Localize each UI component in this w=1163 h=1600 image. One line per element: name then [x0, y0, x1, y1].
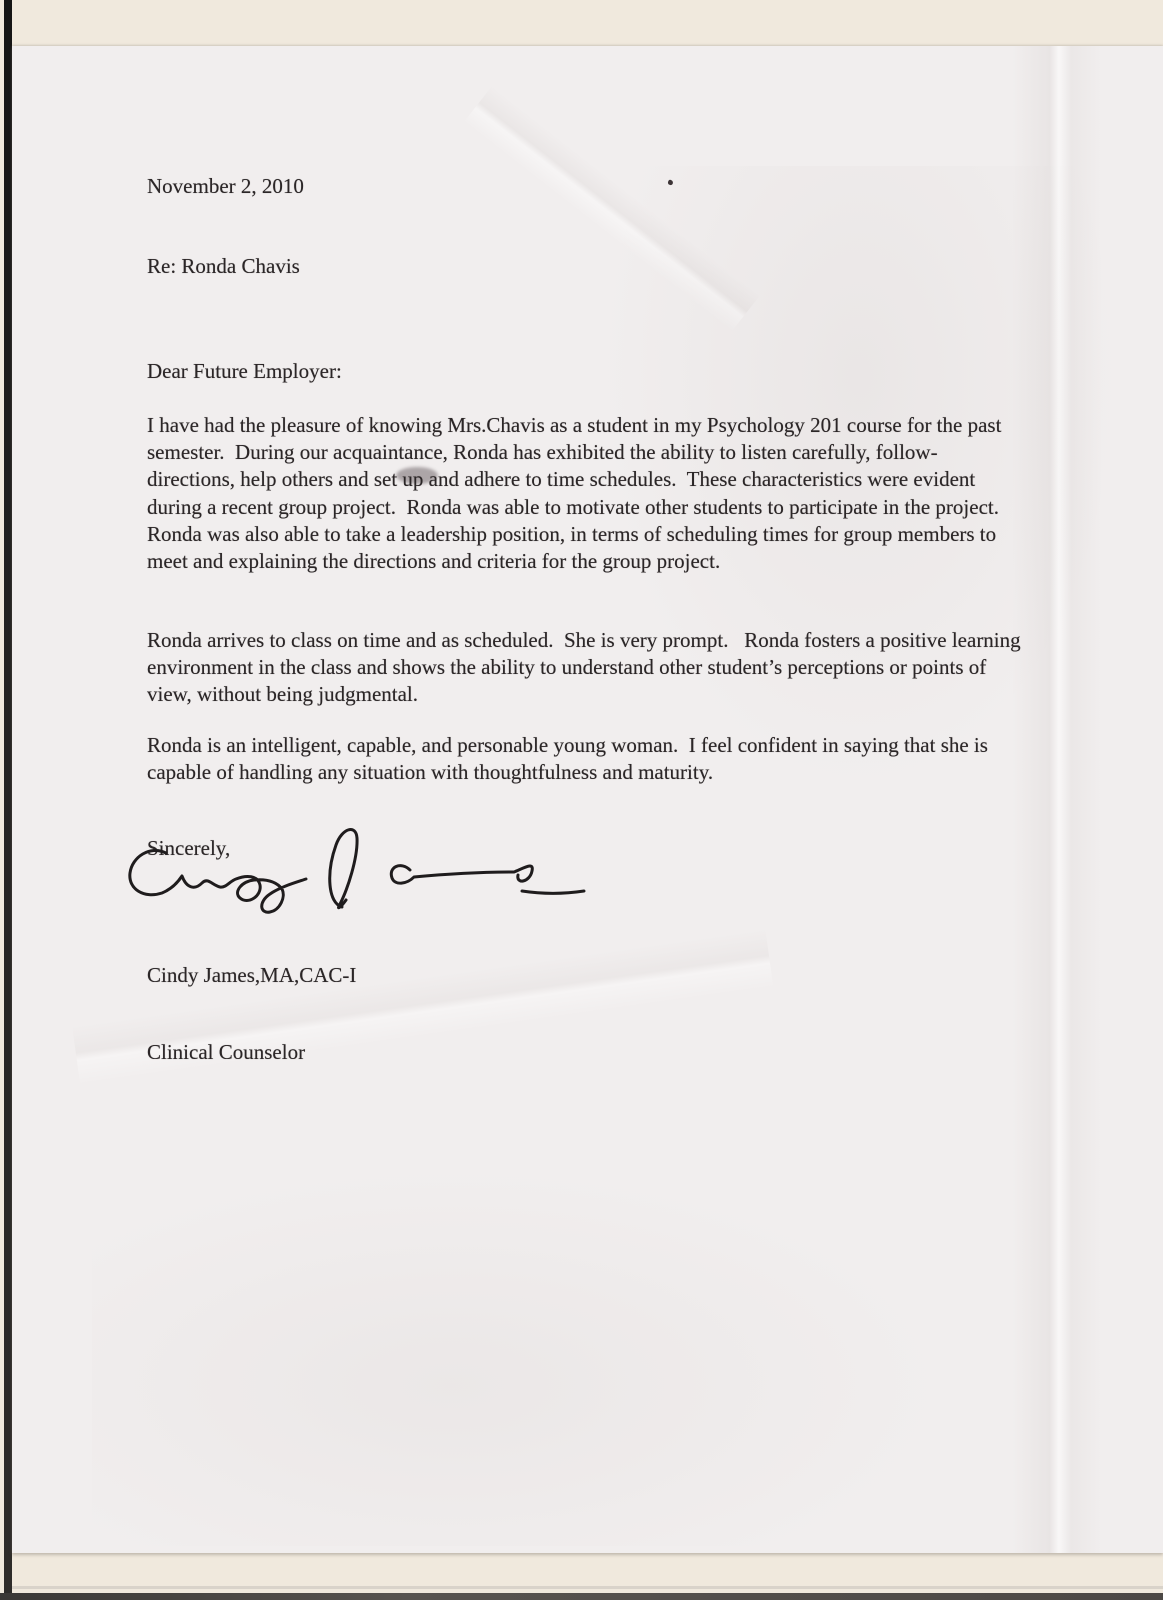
signature-block: Cindy James,MA,CAC-I Clinical Counselor: [147, 912, 356, 1116]
letter-date: November 2, 2010: [147, 173, 304, 200]
scanner-edge-bottom-strip: [0, 1593, 1163, 1600]
scanned-letter-scene: November 2, 2010 Re: Ronda Chavis Dear F…: [0, 0, 1163, 1600]
signer-name: Cindy James,MA,CAC-I: [147, 963, 356, 989]
letter-paragraph-1: I have had the pleasure of knowing Mrs.C…: [147, 412, 1021, 575]
letter-paper: November 2, 2010 Re: Ronda Chavis Dear F…: [12, 46, 1163, 1553]
letter-reference-line: Re: Ronda Chavis: [147, 253, 300, 280]
signer-title: Clinical Counselor: [147, 1040, 356, 1066]
paper-stack-edge-line: [12, 1586, 1163, 1589]
letter-salutation: Dear Future Employer:: [147, 358, 342, 385]
letter-paragraph-2: Ronda arrives to class on time and as sc…: [147, 627, 1021, 709]
scan-speck: [667, 179, 673, 185]
paper-crease: [92, 1146, 992, 1546]
scanner-edge-left-strip: [4, 0, 12, 1600]
paper-crease: [464, 86, 760, 332]
paper-crease: [1012, 46, 1102, 1553]
letter-paragraph-3: Ronda is an intelligent, capable, and pe…: [147, 732, 1021, 786]
handwritten-signature-icon: [120, 815, 600, 920]
